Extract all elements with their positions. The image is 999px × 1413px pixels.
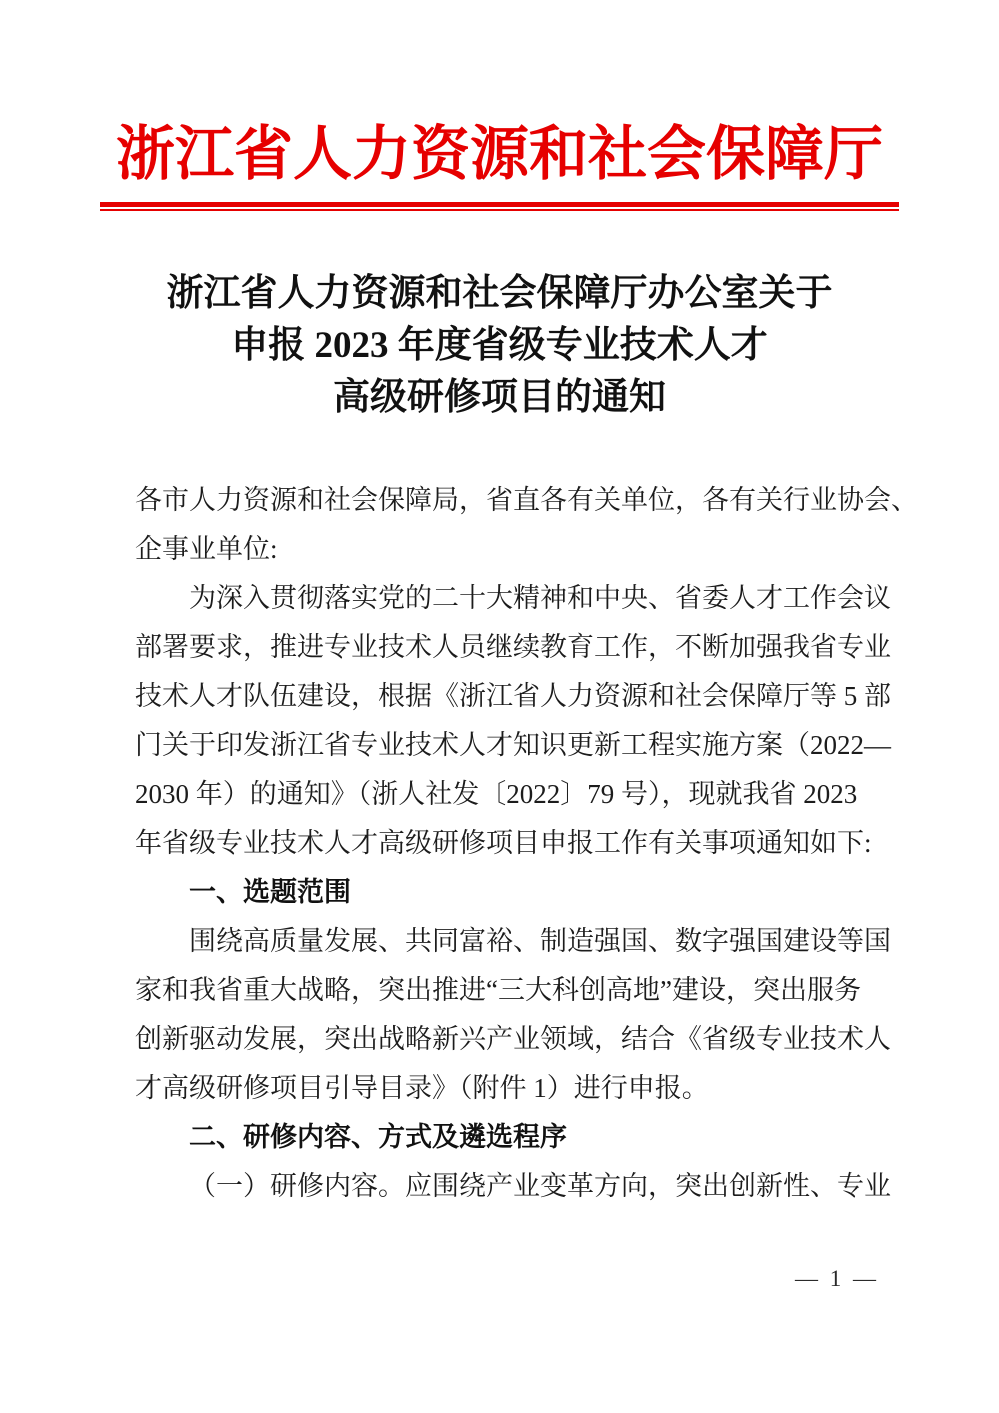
body-text: 各市人力资源和社会保障局，省直各有关单位，各有关行业协会、 企事业单位: 为深入… [135, 476, 897, 1211]
body-line: 技术人才队伍建设，根据《浙江省人力资源和社会保障厅等 5 部 [135, 672, 897, 721]
section-heading-1: 一、选题范围 [135, 868, 897, 917]
salutation-line: 各市人力资源和社会保障局，省直各有关单位，各有关行业协会、 [135, 476, 897, 525]
page-number: — 1 — [795, 1266, 879, 1292]
masthead-divider-rule [100, 202, 899, 211]
doc-title-line1: 浙江省人力资源和社会保障厅办公室关于 [0, 268, 999, 320]
body-line: （一）研修内容。应围绕产业变革方向，突出创新性、专业 [135, 1162, 897, 1211]
body-line: 为深入贯彻落实党的二十大精神和中央、省委人才工作会议 [135, 574, 897, 623]
body-line: 围绕高质量发展、共同富裕、制造强国、数字强国建设等国 [135, 917, 897, 966]
body-line: 才高级研修项目引导目录》（附件 1）进行申报。 [135, 1064, 897, 1113]
document-page: 浙江省人力资源和社会保障厅 浙江省人力资源和社会保障厅办公室关于 申报 2023… [0, 0, 999, 1413]
doc-title: 浙江省人力资源和社会保障厅办公室关于 申报 2023 年度省级专业技术人才 高级… [0, 268, 999, 424]
body-line: 部署要求，推进专业技术人员继续教育工作，不断加强我省专业 [135, 623, 897, 672]
masthead-org-name: 浙江省人力资源和社会保障厅 [0, 112, 999, 198]
body-line: 家和我省重大战略，突出推进“三大科创高地”建设，突出服务 [135, 966, 897, 1015]
doc-title-line2: 申报 2023 年度省级专业技术人才 [0, 320, 999, 372]
body-line: 门关于印发浙江省专业技术人才知识更新工程实施方案（2022— [135, 721, 897, 770]
body-line: 2030 年）的通知》（浙人社发〔2022〕79 号），现就我省 2023 [135, 770, 897, 819]
section-heading-2: 二、研修内容、方式及遴选程序 [135, 1113, 897, 1162]
doc-title-line3: 高级研修项目的通知 [0, 372, 999, 424]
body-line: 年省级专业技术人才高级研修项目申报工作有关事项通知如下: [135, 819, 897, 868]
salutation-line: 企事业单位: [135, 525, 897, 574]
body-line: 创新驱动发展，突出战略新兴产业领域，结合《省级专业技术人 [135, 1015, 897, 1064]
